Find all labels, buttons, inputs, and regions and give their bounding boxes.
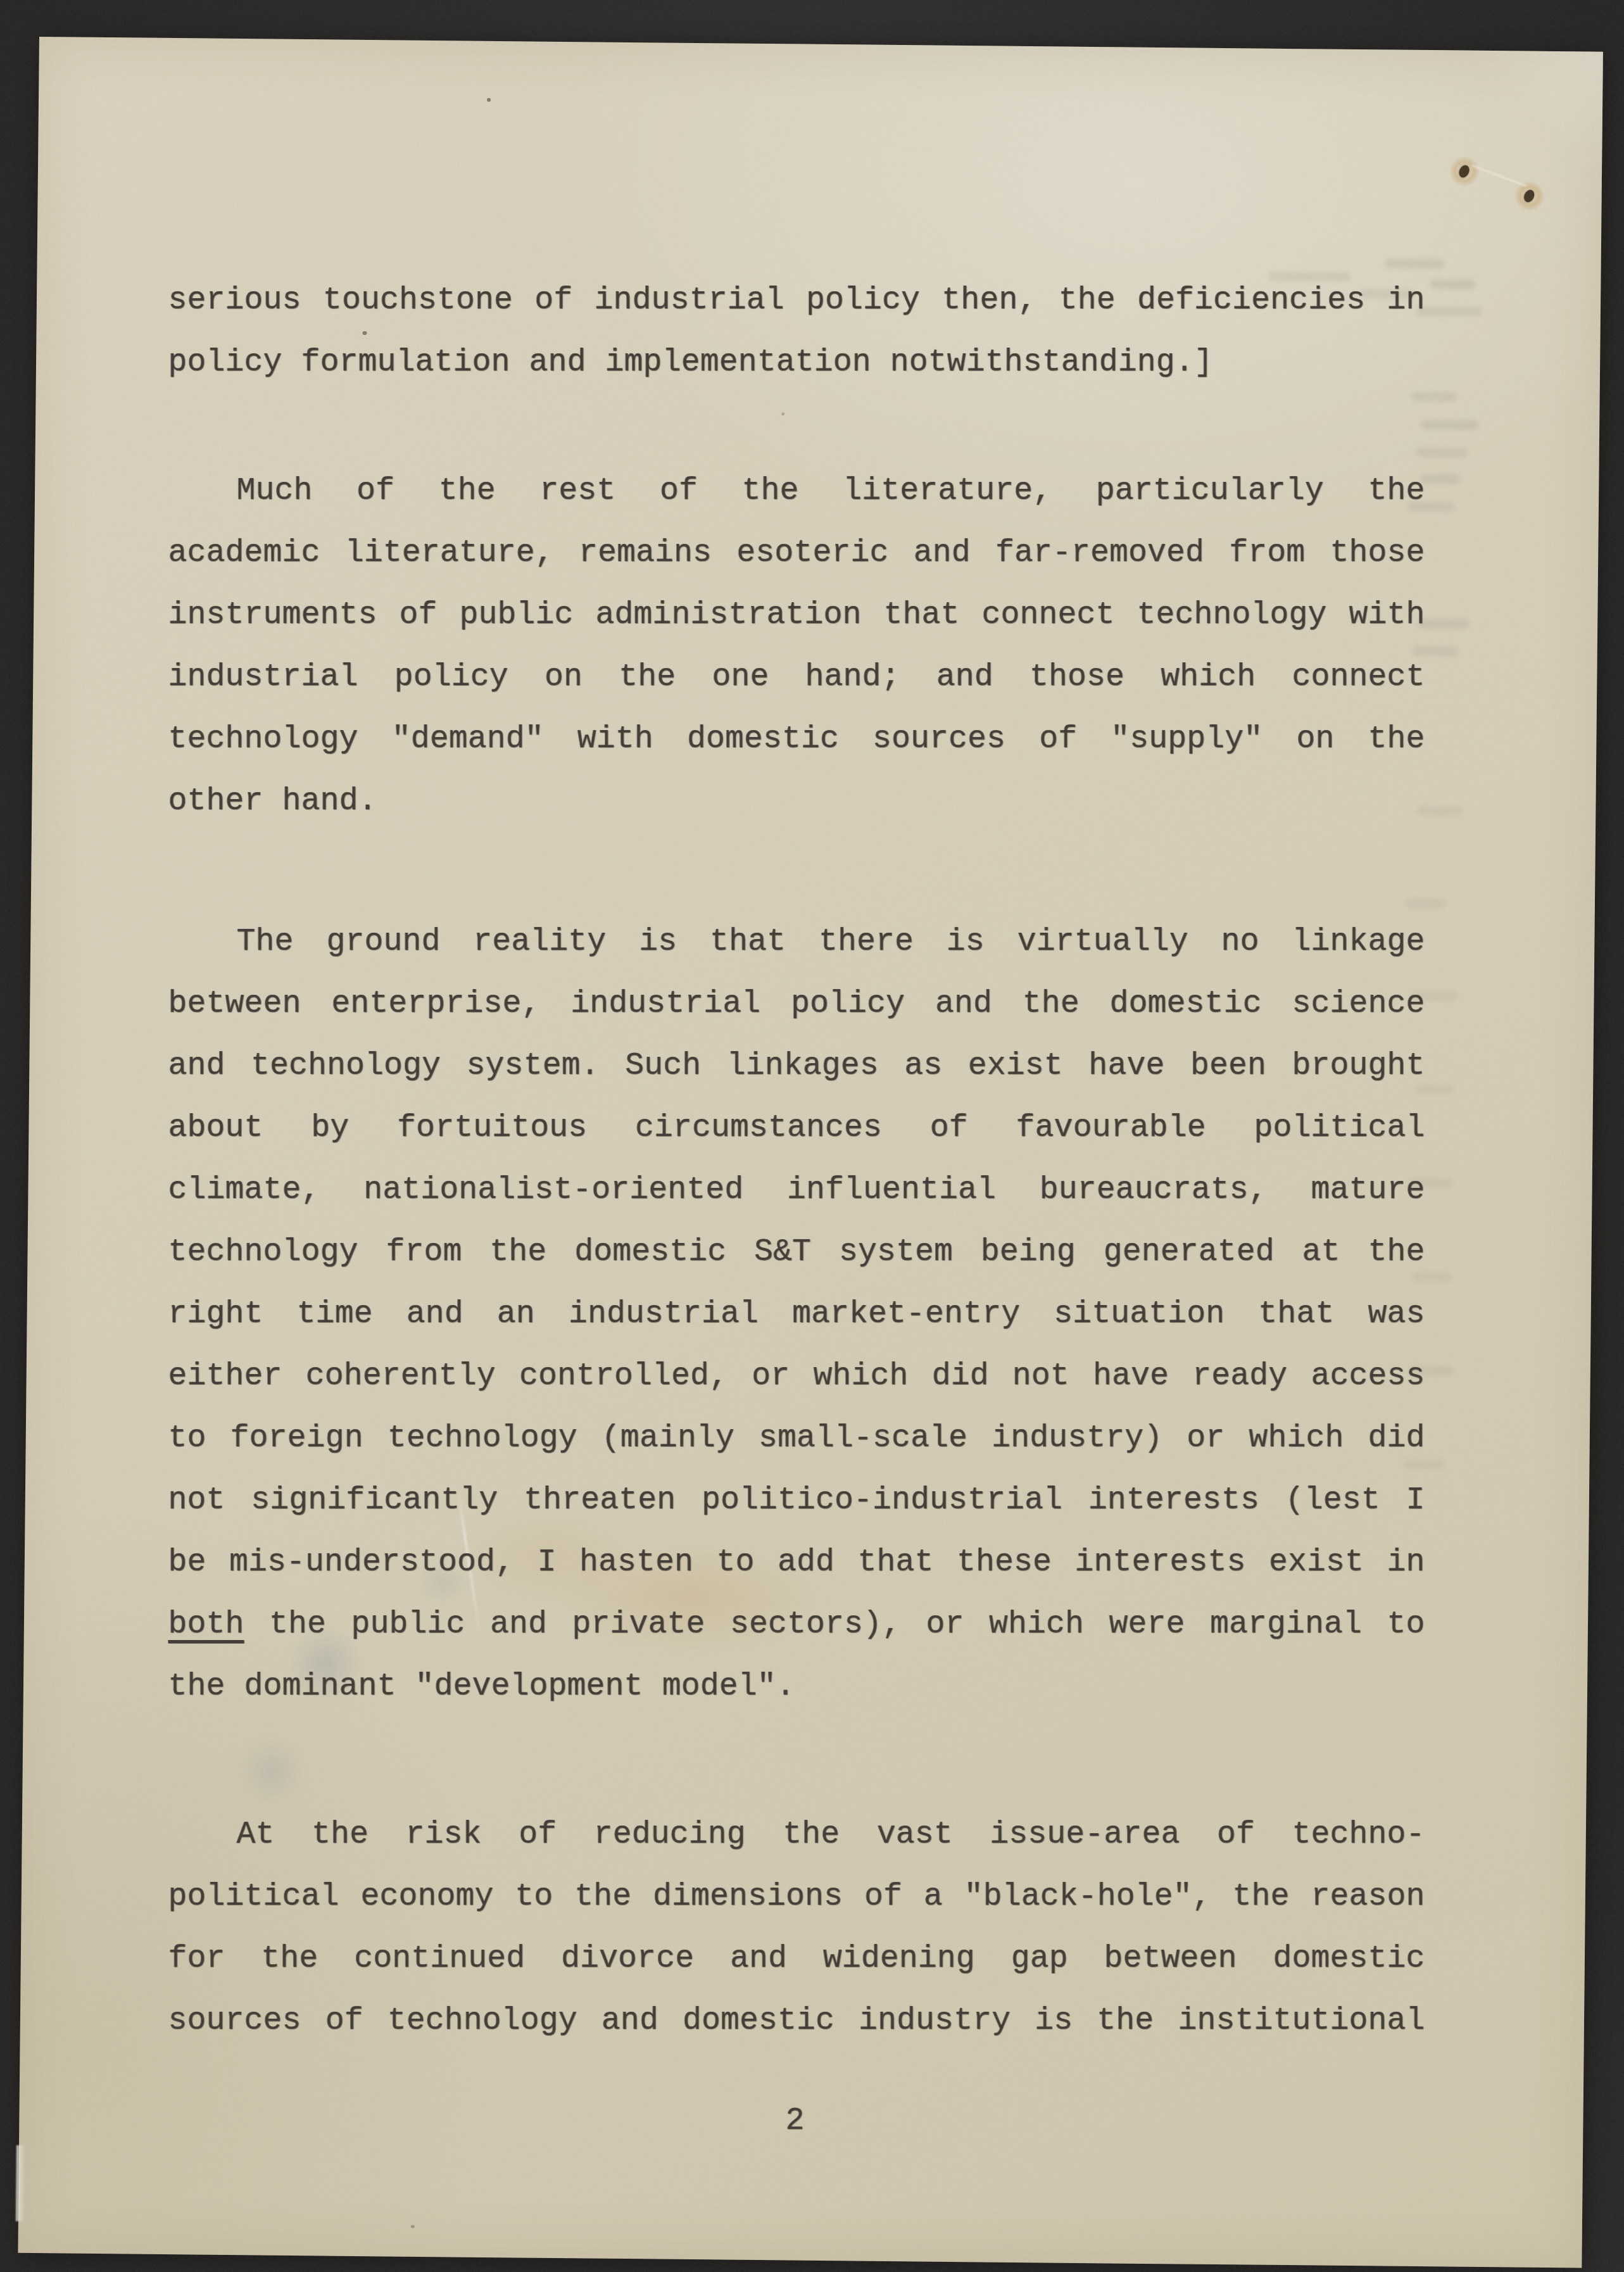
paragraph: Much of the rest of the literature, part… — [168, 460, 1425, 833]
bleed-through-mark — [1421, 420, 1479, 430]
typed-line: right time and an industrial market-entr… — [168, 1284, 1425, 1346]
bleed-through-mark — [1430, 279, 1475, 289]
typed-paragraphs: serious touchstone of industrial policy … — [168, 270, 1425, 2052]
typed-line: technology from the domestic S&T system … — [168, 1221, 1425, 1284]
bleed-through-mark — [1385, 258, 1445, 268]
typed-line: Much of the rest of the literature, part… — [168, 460, 1425, 522]
typed-line: be mis-understood, I hasten to add that … — [168, 1532, 1425, 1594]
typed-line: policy formulation and implementation no… — [168, 332, 1425, 394]
document-page: serious touchstone of industrial policy … — [18, 37, 1602, 2268]
typed-line: both the public and private sectors), or… — [168, 1594, 1425, 1656]
typed-line: sources of technology and domestic indus… — [168, 1990, 1425, 2052]
typed-line: The ground reality is that there is virt… — [168, 911, 1425, 973]
typed-line: At the risk of reducing the vast issue-a… — [168, 1804, 1425, 1866]
staple-hole-mark — [1514, 181, 1544, 210]
bleed-through-mark — [1416, 306, 1482, 317]
typed-line: academic literature, remains esoteric an… — [168, 522, 1425, 584]
typed-line: not significantly threaten politico-indu… — [168, 1470, 1425, 1532]
staple-hole-mark — [1450, 156, 1479, 186]
scan-background: { "document": { "page_number": "2", "col… — [0, 0, 1624, 2272]
paragraph: The ground reality is that there is virt… — [168, 911, 1425, 1718]
typed-line: other hand. — [168, 771, 1425, 833]
paragraph: At the risk of reducing the vast issue-a… — [168, 1804, 1425, 2052]
bleed-through-mark — [1420, 474, 1459, 484]
typed-line: climate, nationalist-oriented influentia… — [168, 1159, 1425, 1221]
typed-line: the dominant "development model". — [168, 1656, 1425, 1718]
typed-line: instruments of public administration tha… — [168, 584, 1425, 647]
typed-line: for the continued divorce and widening g… — [168, 1928, 1425, 1990]
typed-line: either coherently controlled, or which d… — [168, 1346, 1425, 1408]
paragraph: serious touchstone of industrial policy … — [168, 270, 1425, 394]
underlined-word: both — [168, 1606, 244, 1643]
typed-line: and technology system. Such linkages as … — [168, 1035, 1425, 1097]
typed-line: to foreign technology (mainly small-scal… — [168, 1408, 1425, 1470]
typed-line: between enterprise, industrial policy an… — [168, 973, 1425, 1035]
corner-fold-mark — [1469, 51, 1603, 172]
ink-speck-mark — [487, 98, 491, 102]
edge-tear-mark — [16, 2145, 25, 2221]
page-number: 2 — [168, 2090, 1425, 2152]
typed-line: about by fortuitous circumstances of fav… — [168, 1097, 1425, 1159]
typed-line: serious touchstone of industrial policy … — [168, 270, 1425, 332]
typed-line: political economy to the dimensions of a… — [168, 1866, 1425, 1928]
typed-line: technology "demand" with domestic source… — [168, 709, 1425, 771]
typed-line: industrial policy on the one hand; and t… — [168, 647, 1425, 709]
typed-text-block: serious touchstone of industrial policy … — [168, 270, 1425, 2152]
ink-speck-mark — [411, 2225, 415, 2228]
